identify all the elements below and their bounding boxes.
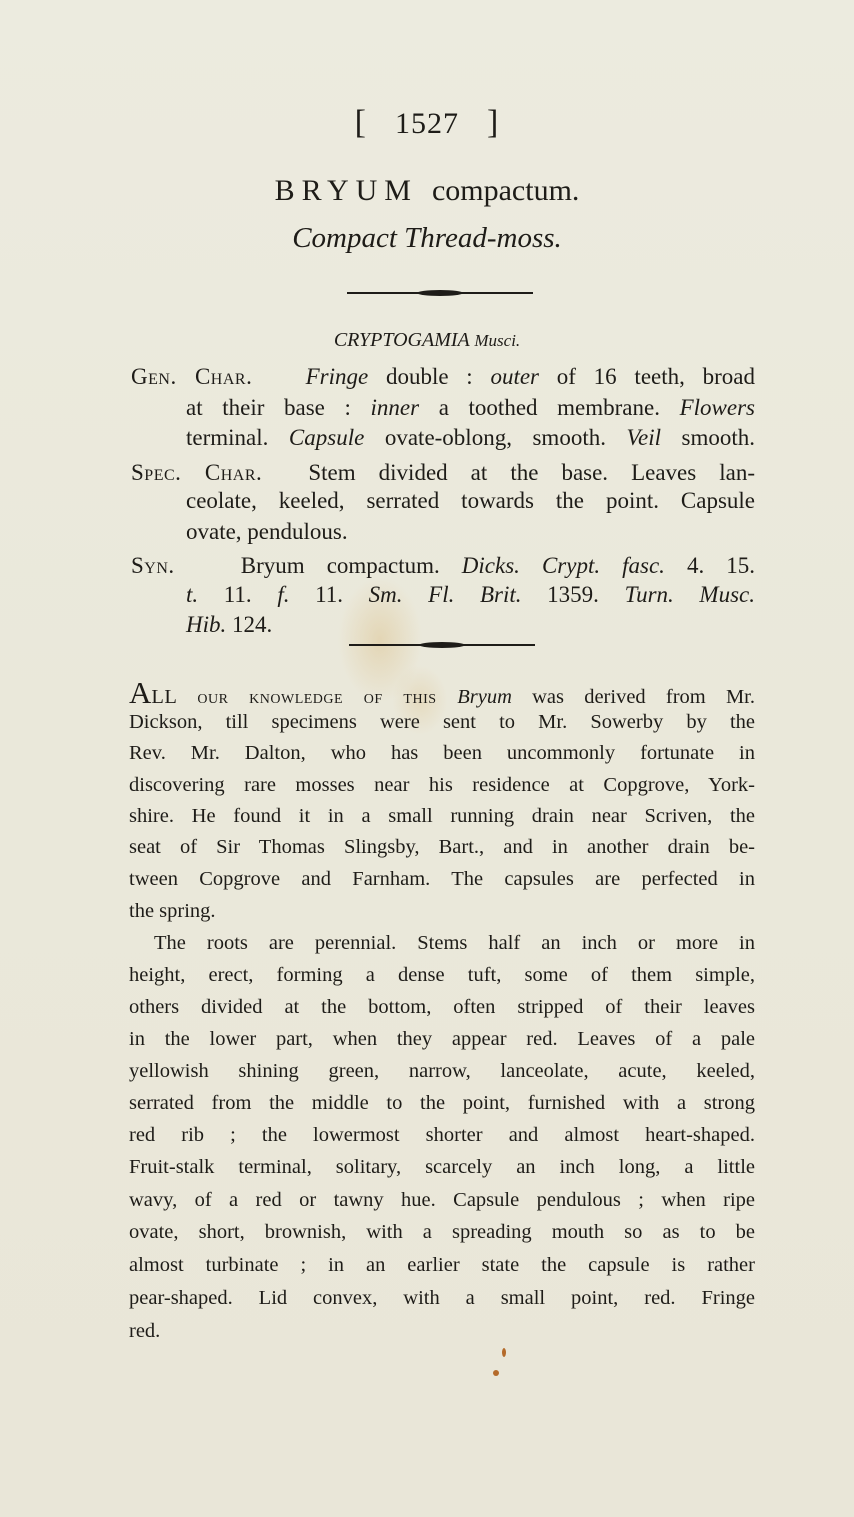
gen-char-line-1: Gen. Char. Fringe double : outer of 16 t… <box>131 364 755 390</box>
syn-label: Syn. <box>131 553 175 578</box>
classification: CRYPTOGAMIA Musci. <box>0 329 854 352</box>
paragraph-2-line-1: The roots are perennial. Stems half an i… <box>154 932 755 955</box>
paragraph-2-line-11: almost turbinate ; in an earlier state t… <box>129 1254 755 1277</box>
paragraph-1-line-1: ALL our knowledge of this Bryum was deri… <box>129 675 755 711</box>
gen-char-line-2: at their base : inner a toothed membrane… <box>186 395 755 421</box>
bracket-left: [ <box>355 104 367 141</box>
ornamental-rule <box>347 292 533 294</box>
species-title: BRYUMcompactum. <box>0 174 854 208</box>
paragraph-2-line-9: wavy, of a red or tawny hue. Capsule pen… <box>129 1189 755 1212</box>
paragraph-2-line-5: yellowish shining green, narrow, lanceol… <box>129 1060 755 1083</box>
paragraph-2-line-4: in the lower part, when they appear red.… <box>129 1028 755 1051</box>
foxing-spot <box>502 1348 506 1357</box>
rule-ornament <box>419 642 465 648</box>
syn-line-1: Syn. Bryum compactum. Dicks. Crypt. fasc… <box>131 553 755 579</box>
rule-ornament <box>417 290 463 296</box>
paragraph-2-line-7: red rib ; the lowermost shorter and almo… <box>129 1124 755 1147</box>
paragraph-1-line-8: the spring. <box>129 900 329 923</box>
paragraph-2-line-2: height, erect, forming a dense tuft, som… <box>129 964 755 987</box>
paragraph-1-line-5: shire. He found it in a small running dr… <box>129 805 755 828</box>
drop-cap: A <box>129 675 151 710</box>
ornamental-rule <box>349 644 535 646</box>
foxing-spot <box>493 1370 499 1376</box>
genus-name: BRYUM <box>275 174 418 207</box>
gen-char-line-3: terminal. Capsule ovate-oblong, smooth. … <box>186 425 755 451</box>
paragraph-2-line-10: ovate, short, brownish, with a spreading… <box>129 1221 755 1244</box>
order-name: Musci. <box>474 331 520 350</box>
paragraph-2-line-13: red. <box>129 1320 229 1343</box>
spec-char-line-1: Spec. Char. Stem divided at the base. Le… <box>131 460 755 486</box>
species-epithet: compactum. <box>432 174 579 207</box>
paragraph-2-line-8: Fruit-stalk terminal, solitary, scarcely… <box>129 1156 755 1179</box>
syn-line-3: Hib. 124. <box>186 612 386 638</box>
spec-char-line-2: ceolate, keeled, serrated towards the po… <box>186 488 755 514</box>
common-name: Compact Thread-moss. <box>0 222 854 255</box>
class-name: CRYPTOGAMIA <box>334 329 470 351</box>
page-number: [1527] <box>0 104 854 142</box>
syn-line-2: t. 11. f. 11. Sm. Fl. Brit. 1359. Turn. … <box>186 582 755 608</box>
paragraph-1-line-4: discovering rare mosses near his residen… <box>129 774 755 797</box>
gen-char-label: Gen. Char. <box>131 364 252 389</box>
paragraph-1-line-2: Dickson, till specimens were sent to Mr.… <box>129 711 755 734</box>
paragraph-2-line-6: serrated from the middle to the point, f… <box>129 1092 755 1115</box>
paragraph-1-line-6: seat of Sir Thomas Slingsby, Bart., and … <box>129 836 755 859</box>
spec-char-line-3: ovate, pendulous. <box>186 519 386 545</box>
paragraph-1-line-7: tween Copgrove and Farnham. The capsules… <box>129 868 755 891</box>
book-page: [1527] BRYUMcompactum. Compact Thread-mo… <box>0 0 854 1517</box>
spec-char-label: Spec. Char. <box>131 460 262 485</box>
paragraph-1-line-3: Rev. Mr. Dalton, who has been uncommonly… <box>129 742 755 765</box>
page-number-value: 1527 <box>395 107 459 140</box>
paragraph-2-line-3: others divided at the bottom, often stri… <box>129 996 755 1019</box>
bracket-right: ] <box>487 104 499 141</box>
paragraph-2-line-12: pear-shaped. Lid convex, with a small po… <box>129 1287 755 1310</box>
